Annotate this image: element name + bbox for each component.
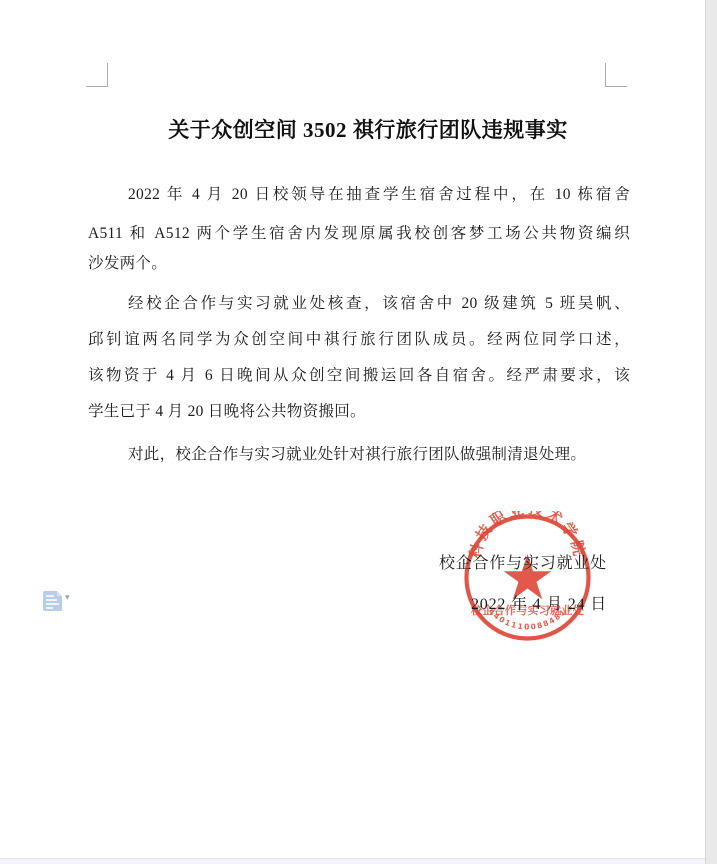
doc-line: [46, 603, 59, 605]
window-edge-gutter: [705, 0, 717, 864]
date-line: 2022 年 4 月 24 日: [380, 591, 607, 614]
signature-line: 校企合作与实习就业处: [380, 550, 607, 573]
clipboard-icon: [43, 591, 62, 611]
page-bottom-edge: [0, 858, 705, 864]
text-boundary-mark-top-left: [86, 63, 108, 87]
doc-line: [46, 595, 54, 597]
body-line: 该物资于 4 月 6 日晚间从众创空间搬运回各自宿舍。经严肃要求，该: [88, 363, 630, 385]
paste-options-button[interactable]: ▾: [40, 588, 76, 614]
document-title: 关于众创空间 3502 祺行旅行团队违规事实: [88, 114, 648, 144]
document-page: 关于众创空间 3502 祺行旅行团队违规事实 2022 年 4 月 20 日校领…: [0, 0, 705, 858]
dropdown-arrow-icon[interactable]: ▾: [65, 594, 70, 603]
doc-line: [46, 599, 57, 601]
body-line: A511 和 A512 两个学生宿舍内发现原属我校创客梦工场公共物资编织: [88, 221, 630, 243]
body-line: 对此，校企合作与实习就业处针对祺行旅行团队做强制清退处理。: [88, 442, 630, 464]
body-line: 学生已于 4 月 20 日晚将公共物资搬回。: [88, 399, 630, 421]
body-line: 经校企合作与实习就业处核查，该宿舍中 20 级建筑 5 班吴帆、: [88, 291, 630, 313]
body-line: 邱钊谊两名同学为众创空间中祺行旅行团队成员。经两位同学口述，: [88, 327, 630, 349]
body-line: 沙发两个。: [88, 251, 630, 273]
official-seal: 科技职业技术学院 校企合作与实习就业处 4401110088481: [461, 511, 594, 644]
doc-line: [46, 607, 53, 609]
text-boundary-mark-top-right: [605, 63, 627, 87]
folded-corner: [57, 591, 62, 596]
body-line: 2022 年 4 月 20 日校领导在抽查学生宿舍过程中，在 10 栋宿舍: [88, 182, 630, 204]
